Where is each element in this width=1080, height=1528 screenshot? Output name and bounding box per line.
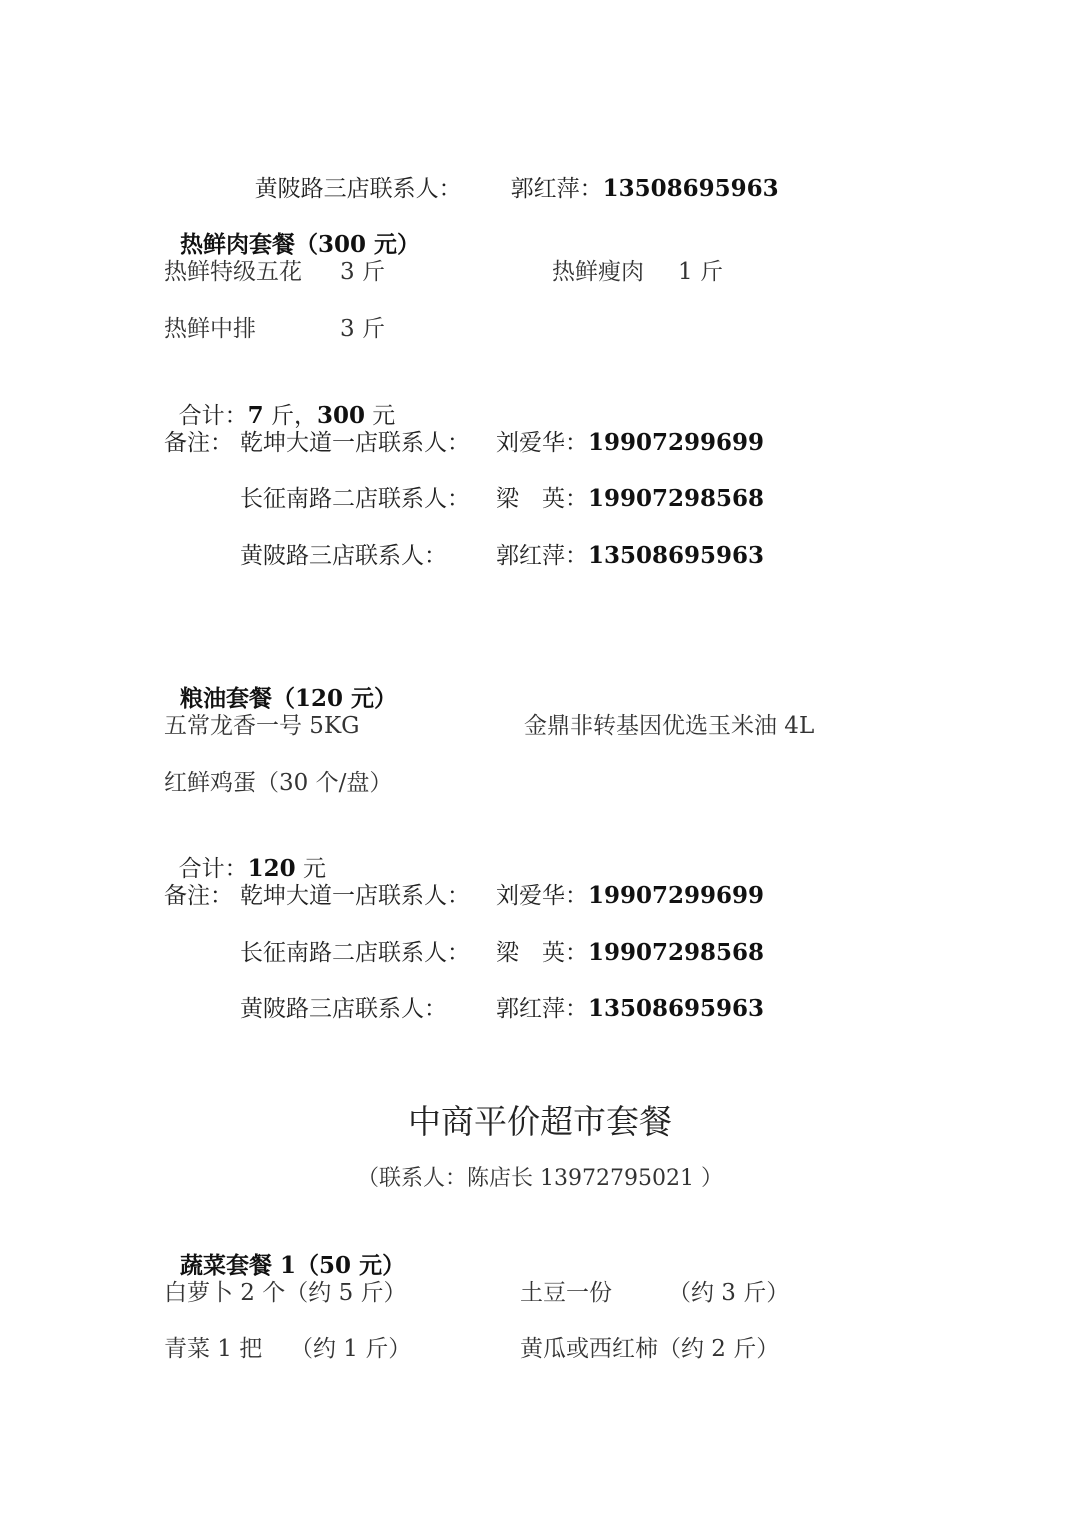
title-unit: 元）	[351, 1252, 405, 1279]
contact-name: 刘爱华：	[496, 883, 588, 909]
grain-item: 金鼎非转基因优选玉米油 4L	[524, 711, 814, 741]
meat-item: 热鲜瘦肉	[552, 257, 644, 287]
total-price: 120	[248, 855, 296, 882]
grain-package-title: 粮油套餐（120 元）	[164, 654, 397, 714]
item-name: 白萝卜 2 个（约 5 斤）	[164, 1280, 407, 1306]
veg-item-qty: （约 1 斤）	[290, 1334, 411, 1364]
note-label: 备注：	[164, 881, 233, 911]
veg-item-qty: （约 3 斤）	[668, 1278, 789, 1308]
title-text: 粮油套餐（	[180, 685, 295, 712]
veg-item: 白萝卜 2 个（约 5 斤）	[164, 1278, 407, 1308]
title-price: 50	[319, 1252, 351, 1279]
contact-person: 梁 英：19907298568	[496, 938, 764, 968]
grain-item: 红鲜鸡蛋（30 个/盘）	[164, 768, 392, 798]
title-price: 120	[295, 685, 343, 712]
total-price: 300	[317, 402, 365, 429]
section-title: 中商平价超市套餐	[0, 1102, 1080, 1142]
contact-phone: 13508695963	[603, 175, 779, 202]
meat-item: 热鲜中排	[164, 314, 256, 344]
contact-store: 长征南路二店联系人：	[240, 484, 470, 514]
contact-person: 郭红萍：13508695963	[496, 144, 779, 204]
contact-store: 长征南路二店联系人：	[240, 938, 470, 968]
contact-person: 刘爱华：19907299699	[496, 428, 764, 458]
total-price-unit: 元	[296, 856, 326, 882]
contact-phone: 19907298568	[588, 939, 764, 966]
veg-item: 青菜 1 把	[164, 1334, 262, 1364]
item-name: 黄瓜或西红柿（约 2 斤）	[520, 1336, 779, 1362]
note-text: 备注：	[164, 430, 233, 456]
total-label: 合计：	[179, 856, 248, 882]
meat-package-title: 热鲜肉套餐（300 元）	[164, 200, 420, 260]
item-name: 土豆一份	[520, 1280, 612, 1306]
item-qty: 3 斤	[340, 316, 385, 342]
store-label: 长征南路二店联系人：	[240, 486, 470, 512]
title-paren: （	[296, 1252, 319, 1279]
meat-item-qty: 3 斤	[340, 257, 385, 287]
item-name: 红鲜鸡蛋（30 个/盘）	[164, 770, 392, 796]
item-qty: （约 1 斤）	[290, 1336, 411, 1362]
contact-phone: 19907298568	[588, 485, 764, 512]
item-name: 五常龙香一号 5KG	[164, 713, 360, 739]
store-label: 黄陂路三店联系人：	[240, 996, 447, 1022]
total-weight: 7	[248, 402, 264, 429]
contact-name: 刘爱华：	[496, 430, 588, 456]
title-unit: 元）	[366, 231, 420, 258]
item-name: 青菜 1 把	[164, 1336, 262, 1362]
store-label: 乾坤大道一店联系人：	[240, 430, 470, 456]
meat-item-qty: 1 斤	[678, 257, 723, 287]
item-name: 热鲜特级五花	[164, 259, 302, 285]
title-price: 300	[318, 231, 366, 258]
contact-name: 郭红萍：	[511, 176, 603, 202]
contact-store: 黄陂路三店联系人：	[240, 541, 447, 571]
title-text: 热鲜肉套餐（	[180, 231, 318, 258]
item-name: 金鼎非转基因优选玉米油 4L	[524, 713, 814, 739]
meat-total: 合计：7 斤，300 元	[164, 371, 395, 431]
note-text: 备注：	[164, 883, 233, 909]
veg-package-title: 蔬菜套餐 1（50 元）	[164, 1221, 405, 1281]
title-unit: 元）	[343, 685, 397, 712]
item-name: 热鲜中排	[164, 316, 256, 342]
meat-item-qty: 3 斤	[340, 314, 385, 344]
contact-name: 梁 英：	[496, 486, 588, 512]
meat-item: 热鲜特级五花	[164, 257, 302, 287]
item-name: 热鲜瘦肉	[552, 259, 644, 285]
contact-phone: 13508695963	[588, 542, 764, 569]
veg-item: 黄瓜或西红柿（约 2 斤）	[520, 1334, 779, 1364]
veg-item: 土豆一份	[520, 1278, 612, 1308]
grain-total: 合计：120 元	[164, 824, 326, 884]
store-label: 长征南路二店联系人：	[240, 940, 470, 966]
store-label: 黄陂路三店联系人：	[240, 543, 447, 569]
total-weight-unit: 斤，	[264, 403, 317, 429]
store-label: 黄陂路三店联系人：	[255, 176, 462, 202]
contact-name: 郭红萍：	[496, 996, 588, 1022]
item-qty: 3 斤	[340, 259, 385, 285]
total-price-unit: 元	[365, 403, 395, 429]
contact-line-huangpi: 黄陂路三店联系人：	[240, 144, 462, 204]
contact-phone: 19907299699	[588, 429, 764, 456]
contact-phone: 19907299699	[588, 882, 764, 909]
contact-person: 梁 英：19907298568	[496, 484, 764, 514]
contact-person: 郭红萍：13508695963	[496, 541, 764, 571]
section-contact: （联系人：陈店长 13972795021 ）	[0, 1164, 1080, 1194]
item-qty: （约 3 斤）	[668, 1280, 789, 1306]
contact-store: 乾坤大道一店联系人：	[240, 428, 470, 458]
contact-person: 刘爱华：19907299699	[496, 881, 764, 911]
contact-store: 黄陂路三店联系人：	[240, 994, 447, 1024]
note-label: 备注：	[164, 428, 233, 458]
grain-item: 五常龙香一号 5KG	[164, 711, 360, 741]
contact-person: 郭红萍：13508695963	[496, 994, 764, 1024]
title-num: 1	[280, 1252, 296, 1279]
contact-phone: 13508695963	[588, 995, 764, 1022]
title-text: 蔬菜套餐	[180, 1252, 280, 1279]
item-qty: 1 斤	[678, 259, 723, 285]
total-label: 合计：	[179, 403, 248, 429]
contact-name: 梁 英：	[496, 940, 588, 966]
contact-store: 乾坤大道一店联系人：	[240, 881, 470, 911]
contact-name: 郭红萍：	[496, 543, 588, 569]
store-label: 乾坤大道一店联系人：	[240, 883, 470, 909]
